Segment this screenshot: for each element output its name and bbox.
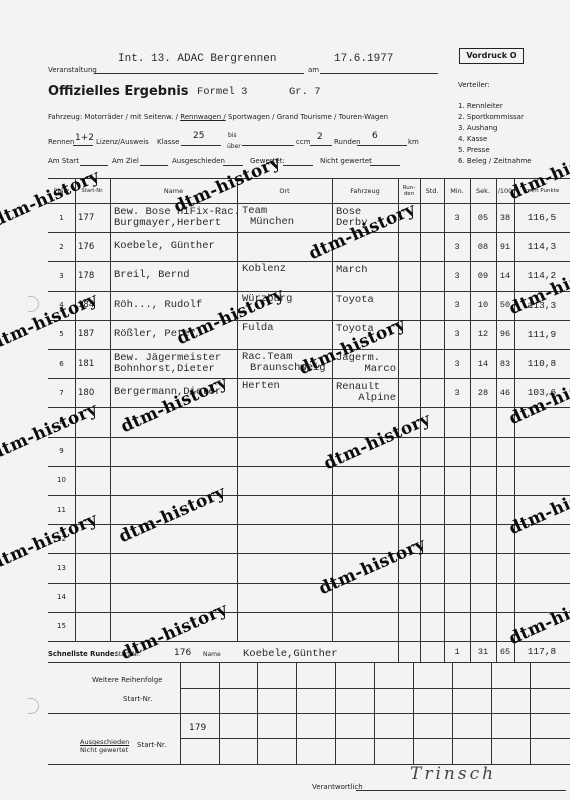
ausgeschieden-start-nr: 179 bbox=[189, 723, 206, 733]
page-title: Offizielles Ergebnis bbox=[48, 84, 189, 99]
ausgeschieden-bottom-label: Ausgeschieden bbox=[80, 738, 129, 746]
row-start-nr: 181 bbox=[78, 349, 110, 378]
row-min: 3 bbox=[444, 232, 470, 261]
row-ort: TeamMünchen bbox=[242, 206, 294, 228]
ort-line: Koblenz bbox=[242, 264, 286, 275]
watermark: dtm-history bbox=[118, 372, 231, 437]
grid-line bbox=[296, 662, 297, 713]
name-line: Breil, Bernd bbox=[114, 270, 190, 281]
runden-count: 2 bbox=[317, 132, 323, 142]
ort-line: München bbox=[242, 217, 294, 228]
grid-line bbox=[48, 612, 570, 613]
klasse-label: Klasse bbox=[157, 138, 179, 146]
row-min: 3 bbox=[444, 320, 470, 349]
date-value: 17.6.1977 bbox=[334, 53, 393, 65]
grid-line bbox=[398, 178, 399, 641]
am-line bbox=[320, 73, 438, 74]
class-typed: Formel 3 bbox=[197, 86, 247, 98]
grid-line bbox=[48, 553, 570, 554]
name-line: Röh..., Rudolf bbox=[114, 300, 202, 311]
rennen-label: Rennen bbox=[48, 138, 74, 146]
row-name: Bew. JägermeisterBohnhorst,Dieter bbox=[114, 353, 221, 375]
grid-line bbox=[296, 713, 297, 764]
grid-line bbox=[237, 178, 238, 641]
lizenz-label: Lizenz/Ausweis bbox=[96, 138, 149, 146]
fastest-lap-min: 1 bbox=[444, 641, 470, 662]
grid-line bbox=[398, 641, 399, 662]
fastest-lap-label: Schnellste Runde: bbox=[48, 650, 117, 658]
gewertet-line bbox=[283, 165, 313, 166]
grid-line bbox=[335, 662, 336, 713]
row-ort: Koblenz bbox=[242, 264, 286, 275]
grid-line bbox=[491, 662, 492, 713]
fastest-lap-name: Koebele,Günther bbox=[243, 648, 338, 660]
ort-line: Fulda bbox=[242, 323, 274, 334]
fahrzeug-line: Marco bbox=[336, 364, 396, 375]
distribution-item: 3. Aushang bbox=[458, 123, 532, 134]
km-line bbox=[357, 145, 407, 146]
punch-hole bbox=[28, 698, 39, 714]
watermark: dtm-history bbox=[506, 584, 570, 649]
row-kmh: 111,9 bbox=[514, 320, 570, 349]
ccm-label: ccm bbox=[296, 138, 311, 146]
name-line: Burgmayer,Herbert bbox=[114, 218, 240, 229]
row-hundertstel: 96 bbox=[496, 320, 514, 349]
row-platz: 9 bbox=[48, 437, 75, 466]
row-platz: 1 bbox=[48, 203, 75, 232]
row-min: 3 bbox=[444, 378, 470, 407]
row-sek: 09 bbox=[470, 261, 496, 290]
veranstaltung-line bbox=[94, 73, 304, 74]
am-label: am bbox=[308, 66, 319, 74]
row-platz: 14 bbox=[48, 583, 75, 612]
row-sek: 14 bbox=[470, 349, 496, 378]
grid-line bbox=[374, 662, 375, 713]
row-fahrzeug: RenaultAlpine bbox=[336, 382, 396, 404]
am-ziel-label: Am Ziel bbox=[112, 157, 139, 165]
row-platz: 10 bbox=[48, 466, 75, 495]
row-start-nr: 178 bbox=[78, 261, 110, 290]
group-typed: Gr. 7 bbox=[289, 86, 321, 98]
grid-line bbox=[48, 583, 570, 584]
ueber-label: über bbox=[227, 143, 241, 150]
row-kmh: 110,8 bbox=[514, 349, 570, 378]
grid-line bbox=[374, 713, 375, 764]
distribution-item: 5. Presse bbox=[458, 145, 532, 156]
column-header-fahrzeug: Fahrzeug bbox=[332, 178, 398, 203]
grid-line bbox=[413, 662, 414, 713]
distribution-item: 6. Beleg / Zeitnahme bbox=[458, 156, 532, 167]
grid-line bbox=[530, 662, 531, 713]
grid-line bbox=[420, 178, 421, 641]
row-sek: 12 bbox=[470, 320, 496, 349]
row-hundertstel: 46 bbox=[496, 378, 514, 407]
grid-line bbox=[219, 662, 220, 713]
bis-label: bis bbox=[228, 132, 237, 139]
row-kmh: 114,3 bbox=[514, 232, 570, 261]
row-min: 3 bbox=[444, 291, 470, 320]
fahrzeug-line: Toyota bbox=[336, 295, 396, 306]
row-min: 3 bbox=[444, 261, 470, 290]
grid-line bbox=[48, 407, 570, 408]
row-sek: 08 bbox=[470, 232, 496, 261]
row-fahrzeug: Toyota bbox=[336, 295, 396, 306]
grid-line bbox=[452, 662, 453, 713]
row-ort: Herten bbox=[242, 381, 280, 392]
name-line: Bohnhorst,Dieter bbox=[114, 364, 221, 375]
name-line: Koebele, Günther bbox=[114, 241, 215, 252]
ausgeschieden-label: Ausgeschieden bbox=[172, 157, 225, 165]
fastest-lap-sek: 31 bbox=[470, 641, 496, 662]
veranstaltung-value: Int. 13. ADAC Bergrennen bbox=[118, 53, 276, 65]
row-platz: 13 bbox=[48, 553, 75, 582]
km-value: 6 bbox=[372, 131, 378, 141]
column-header-std: Std. bbox=[420, 178, 444, 203]
fahrzeug-line: March bbox=[336, 265, 396, 276]
row-start-nr: 176 bbox=[78, 232, 110, 261]
distribution-item: 4. Kasse bbox=[458, 134, 532, 145]
row-sek: 05 bbox=[470, 203, 496, 232]
grid-line bbox=[180, 662, 181, 713]
grid-line bbox=[180, 713, 181, 764]
row-min: 3 bbox=[444, 203, 470, 232]
grid-line bbox=[219, 713, 220, 764]
distribution-title: Verteiler: bbox=[458, 80, 532, 91]
am-start-label: Am Start bbox=[48, 157, 79, 165]
grid-line bbox=[180, 688, 570, 689]
grid-line bbox=[530, 713, 531, 764]
veranstaltung-label: Veranstaltung bbox=[48, 66, 97, 74]
grid-line bbox=[420, 641, 421, 662]
distribution-item: 1. Rennleiter bbox=[458, 101, 532, 112]
vehicle-type-suffix: Sportwagen / Grand Tourisme / Touren-Wag… bbox=[228, 113, 388, 121]
row-kmh: 116,5 bbox=[514, 203, 570, 232]
row-ort: Fulda bbox=[242, 323, 274, 334]
grid-line bbox=[48, 495, 570, 496]
klasse-value: 25 bbox=[193, 131, 204, 141]
row-sek: 10 bbox=[470, 291, 496, 320]
fahrzeug-line: Alpine bbox=[336, 393, 396, 404]
row-platz: 2 bbox=[48, 232, 75, 261]
start-nr-label: Start-Nr. bbox=[123, 695, 152, 703]
row-hundertstel: 83 bbox=[496, 349, 514, 378]
vehicle-type-line: Fahrzeug: Motorräder / mit Seitenw. / Re… bbox=[48, 113, 388, 121]
klasse-line bbox=[181, 145, 221, 146]
column-header-sek: Sek. bbox=[470, 178, 496, 203]
fastest-lap-start-nr: 176 bbox=[174, 648, 191, 658]
grid-line bbox=[491, 713, 492, 764]
am-ziel-line bbox=[140, 165, 168, 166]
row-sek: 28 bbox=[470, 378, 496, 407]
runden-count-line bbox=[310, 145, 332, 146]
grid-line bbox=[413, 713, 414, 764]
watermark: dtm-history bbox=[116, 482, 229, 547]
row-platz: 7 bbox=[48, 378, 75, 407]
nicht-gewertet-label: Nicht gewertet bbox=[320, 157, 372, 165]
column-header-min: Min. bbox=[444, 178, 470, 203]
grid-line bbox=[48, 466, 570, 467]
grid-line bbox=[257, 713, 258, 764]
row-platz: 6 bbox=[48, 349, 75, 378]
distribution-item: 2. Sportkommissar bbox=[458, 112, 532, 123]
rennen-value: 1+2 bbox=[75, 133, 94, 143]
ccm-line bbox=[242, 145, 294, 146]
ausgeschieden-line bbox=[223, 165, 243, 166]
grid-line bbox=[110, 178, 111, 641]
row-name: Breil, Bernd bbox=[114, 270, 190, 281]
signature-line bbox=[356, 790, 566, 791]
nicht-gewertet-line bbox=[370, 165, 400, 166]
row-start-nr: 177 bbox=[78, 203, 110, 232]
grid-line bbox=[335, 713, 336, 764]
start-nr-label: Start-Nr. bbox=[137, 741, 166, 749]
signature: Trinsch bbox=[410, 764, 496, 784]
watermark: dtm-history bbox=[506, 474, 570, 539]
rennen-line bbox=[73, 145, 93, 146]
row-platz: 15 bbox=[48, 612, 75, 641]
row-min: 3 bbox=[444, 349, 470, 378]
watermark: dtm-history bbox=[321, 409, 434, 474]
row-hundertstel: 91 bbox=[496, 232, 514, 261]
vehicle-type-selected: Rennwagen / bbox=[180, 113, 226, 121]
watermark: dtm-history bbox=[174, 284, 287, 349]
row-platz: 3 bbox=[48, 261, 75, 290]
nicht-gewertet-bottom-label: Nicht gewertet bbox=[80, 746, 128, 754]
grid-line bbox=[257, 662, 258, 713]
grid-line bbox=[180, 738, 570, 739]
form-number-badge: Vordruck O bbox=[459, 48, 524, 64]
punch-hole bbox=[28, 296, 39, 312]
fastest-lap-name-label: Name bbox=[203, 651, 221, 658]
row-hundertstel: 14 bbox=[496, 261, 514, 290]
row-fahrzeug: March bbox=[336, 265, 396, 276]
row-hundertstel: 38 bbox=[496, 203, 514, 232]
grid-line bbox=[452, 713, 453, 764]
vehicle-type-prefix: Fahrzeug: Motorräder / mit Seitenw. / bbox=[48, 113, 178, 121]
row-name: Röh..., Rudolf bbox=[114, 300, 202, 311]
weitere-reihenfolge-label: Weitere Reihenfolge bbox=[92, 676, 163, 684]
row-name: Koebele, Günther bbox=[114, 241, 215, 252]
km-label: km bbox=[408, 138, 419, 146]
ort-line: Herten bbox=[242, 381, 280, 392]
row-start-nr: 187 bbox=[78, 320, 110, 349]
distribution-list: Verteiler: 1. Rennleiter 2. Sportkommiss… bbox=[458, 80, 532, 167]
